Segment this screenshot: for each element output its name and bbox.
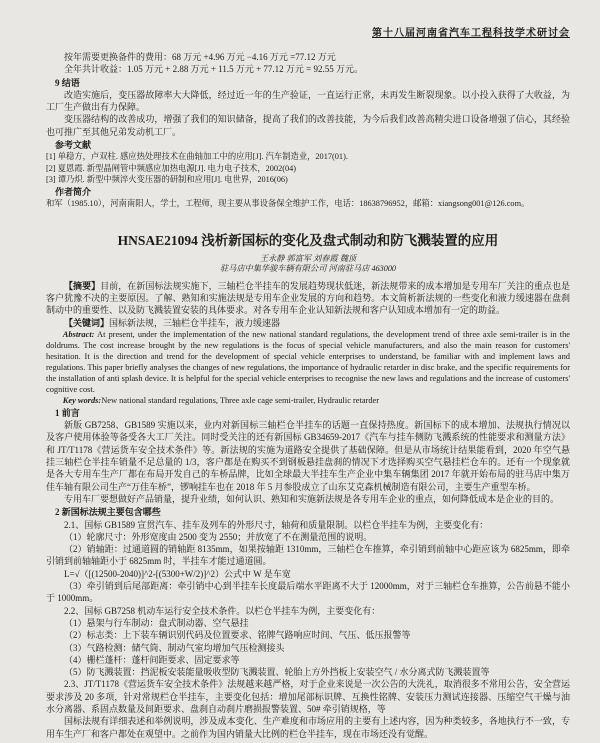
reference-item-3: [3] 谭乃炽. 新型中频淬火变压器的研制和应用[J]. 电世界，2016(06… — [46, 174, 570, 185]
section-2-paragraph-5: 2.2、国标 GB7258 机动车运行安全技术条件。以栏仓半挂车为例，主要变化有… — [46, 605, 570, 617]
section-2-paragraph-12: 国标法规有详细表述和举例说明，涉及成本变化、生产难度和市场应用的主要有上述内容，… — [46, 715, 570, 740]
section-1-paragraph-2: 专用车厂要想做好产品销量，提升业绩，如何认识、熟知和实施新法规是各专用车企业的重… — [46, 493, 570, 505]
section-2-paragraph-11: 2.3、JT/T1178《营运货车安全技术条件》法规越来越严格，对于企业来说是一… — [46, 678, 570, 715]
section-2-paragraph-8: （3）气路检测：储气筒、制动气室均增加气压检测接头 — [46, 642, 570, 654]
conference-header: 第十八届河南省汽车工程科技学术研讨会 — [46, 24, 570, 39]
keywords-cn-label: 【关键词】 — [64, 318, 109, 328]
keywords-cn: 【关键词】国标新法规，三轴栏仓半挂车，液力缓速器 — [46, 317, 570, 329]
reference-item-1: [1] 单稳方，卢双柱. 感应热处理技术在曲轴加工中的应用[J]. 汽车制造业，… — [46, 151, 570, 162]
keywords-en-label: Key words: — [63, 396, 101, 405]
conference-header-text: 第十八届河南省汽车工程科技学术研讨会 — [372, 28, 570, 39]
document-page: 第十八届河南省汽车工程科技学术研讨会 按年需要更换备件的费用：68 万元 +4.… — [0, 0, 600, 743]
section-2-paragraph-3: （2）销轴距：过通道圆的销轴距 8135mm，如果按轴距 1310mm，三轴栏仓… — [46, 543, 570, 568]
paper-affiliation: 驻马店中集华骏车辆有限公司 河南驻马店 463000 — [46, 264, 570, 275]
abstract-cn-text: 目前，在新国标法规实施下，三轴栏仓半挂车的发展趋势现状低迷，新法规带来的成本增加… — [46, 281, 570, 316]
reference-item-2: [2] 夏恩霞. 新型晶闸管中频感应加热电源[J]. 电力电子技术，2002(0… — [46, 163, 570, 174]
section-2-heading: 2 新国标法规主要包含哪些 — [46, 506, 570, 518]
section-2-paragraph-4: （3）牵引销到后尾部距离：牵引销中心到半挂车长度最后端水平距离不大于 12000… — [46, 580, 570, 605]
keywords-en: Key words:New national standard regulati… — [46, 395, 570, 406]
section-2-paragraph-1: 2.1、国标 GB1589 宣贯汽车、挂车及列车的外形尺寸，轴荷和质量限制。以栏… — [46, 519, 570, 531]
conclusion-paragraph-1: 改造实施后，变压器故障率大大降低，经过近一年的生产验证，一直运行正常，未再发生断… — [46, 89, 570, 114]
formula-line: L=√（[(12500-2040)]^2-[(5300+W/2)]^2）公式中 … — [46, 568, 570, 580]
section-1-paragraph-1: 新版 GB7258、GB1589 实施以来，业内对新国标三轴栏仓半挂车的话题一直… — [46, 419, 570, 493]
keywords-en-text: New national standard regulations, Three… — [101, 396, 379, 405]
paper-title: HNSAE21094 浅析新国标的变化及盘式制动和防飞溅装置的应用 — [46, 232, 570, 249]
abstract-cn: 【摘要】目前，在新国标法规实施下，三轴栏仓半挂车的发展趋势现状低迷，新法规带来的… — [46, 280, 570, 317]
conclusion-heading: 9 结语 — [46, 77, 570, 89]
abstract-en-label: Abstract: — [63, 330, 95, 339]
author-bio-heading: 作者简介 — [46, 186, 570, 198]
section-2-paragraph-2: （1）轮廓尺寸：外形宽度由 2500 变为 2550；并放宽了不在测量范围的说明… — [46, 531, 570, 543]
abstract-cn-label: 【摘要】 — [64, 281, 100, 291]
parts-cost-line: 按年需要更换备件的费用：68 万元 +4.96 万元 −4.16 万元 =77.… — [46, 51, 570, 63]
author-bio: 和军（1985.10），河南南阳人，学士，工程师，现主要从事设备保全维护工作，电… — [46, 198, 570, 209]
section-2-paragraph-6: （1）悬架与行车制动：盘式制动器、空气悬挂 — [46, 617, 570, 629]
conclusion-paragraph-2: 变压器结构的改善成功，增强了我们的知识储备，提高了我们的改善技能，为今后我们改善… — [46, 113, 570, 138]
paper-authors: 王永静 郭富军 刘春霞 魏顶 — [46, 254, 570, 265]
section-1-heading: 1 前言 — [46, 407, 570, 419]
annual-income-line: 全年共计收益：1.05 万元 + 2.88 万元 + 11.5 万元 + 77.… — [46, 63, 570, 75]
section-2-paragraph-7: （2）标志类：上下装车辆识别代码及位置要求、铭牌气路响应时间、气压、低压报警等 — [46, 629, 570, 641]
abstract-en-text: At present, under the implementation of … — [46, 330, 570, 394]
section-2-paragraph-10: （5）防飞溅装置：挡泥板安装能量吸收型防飞溅装置、轮胎上方外挡板上安装空气 / … — [46, 666, 570, 678]
section-2-paragraph-9: （4）栅栏蓬杆：蓬杆间距要求、固定要求等 — [46, 654, 570, 666]
references-heading: 参考文献 — [46, 139, 570, 151]
keywords-cn-text: 国标新法规，三轴栏仓半挂车，液力缓速器 — [109, 318, 280, 328]
abstract-en: Abstract: At present, under the implemen… — [46, 329, 570, 395]
